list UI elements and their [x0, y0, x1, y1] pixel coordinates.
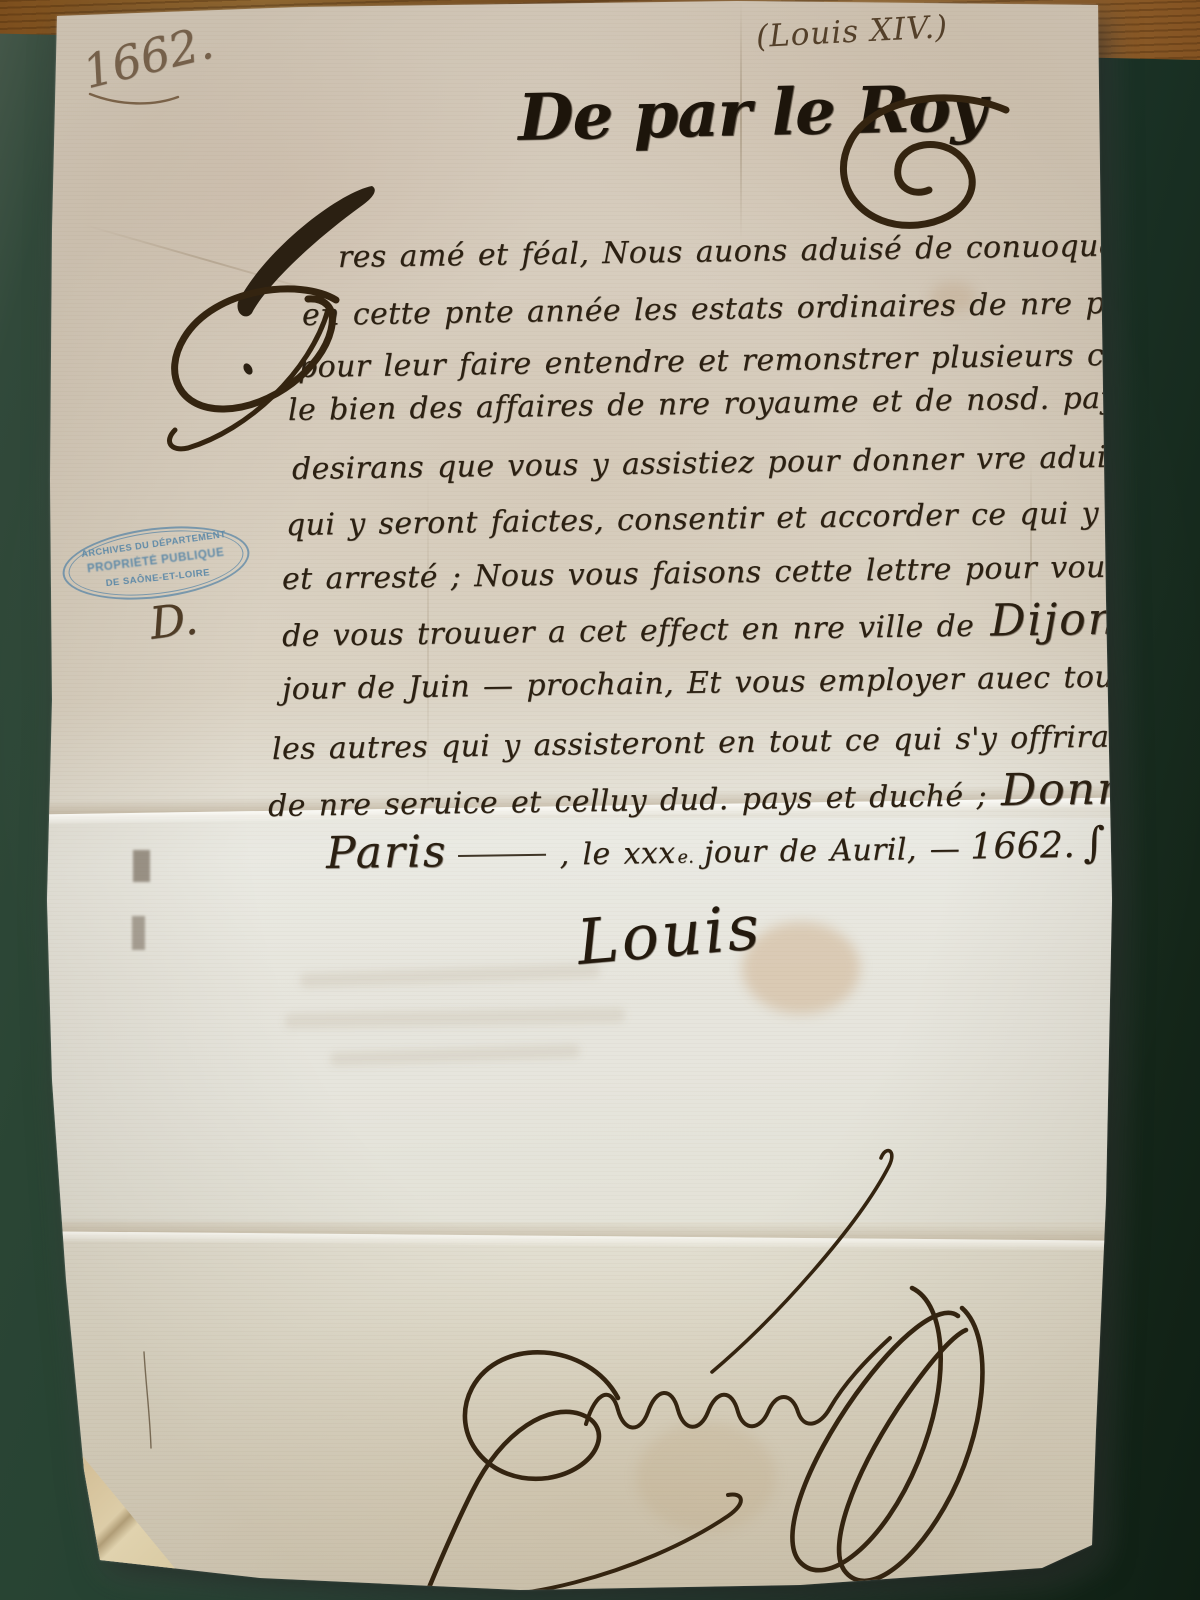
- donne-a-word: Donné A: [1001, 762, 1200, 816]
- date-year: 1662.: [970, 825, 1076, 868]
- closing-flourish-glyph: ∫: [1083, 817, 1106, 866]
- fox-stain-lower: [636, 1422, 776, 1532]
- letter-heading: De par le Roy: [517, 71, 987, 156]
- place-name-paris: Paris: [326, 826, 448, 879]
- ink-smudge-upper: [133, 850, 150, 882]
- line-filler-rule: [1128, 621, 1192, 624]
- document-wrapper: ARCHIVES DU DÉPARTEMENT PROPRIÉTÉ PUBLIQ…: [0, 0, 1200, 1600]
- archivist-paraph: D.: [147, 593, 201, 649]
- place-name-dijon: Dijon: [990, 594, 1119, 647]
- ink-smudge-lower: [132, 916, 145, 950]
- line-filler-rule: [458, 854, 546, 857]
- photo-stage: ARCHIVES DU DÉPARTEMENT PROPRIÉTÉ PUBLIQ…: [0, 0, 1200, 1600]
- document-paper: ARCHIVES DU DÉPARTEMENT PROPRIÉTÉ PUBLIQ…: [0, 0, 1200, 1600]
